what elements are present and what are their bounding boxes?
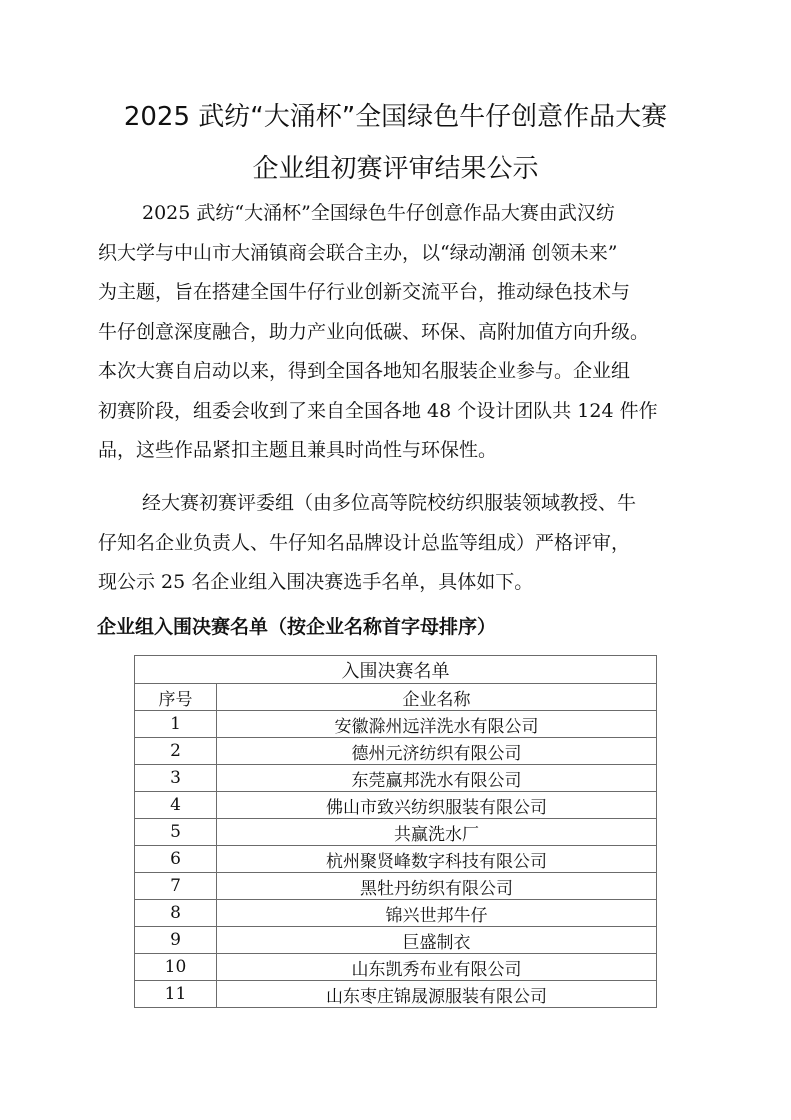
row-number: 10 bbox=[135, 954, 217, 981]
company-name: 山东枣庄锦晟源服装有限公司 bbox=[217, 981, 657, 1008]
paragraph-line: 本次大赛自启动以来，得到全国各地知名服装企业参与。企业组 bbox=[98, 352, 698, 392]
row-number: 7 bbox=[135, 873, 217, 900]
table-row: 8锦兴世邦牛仔 bbox=[135, 900, 657, 927]
finalist-table: 入围决赛名单 序号 企业名称 1安徽滁州远洋洗水有限公司 2德州元济纺织有限公司… bbox=[134, 655, 657, 1008]
paragraph-line: 品，这些作品紧扣主题且兼具时尚性与环保性。 bbox=[98, 431, 698, 471]
paragraph-line: 经大赛初赛评委组（由多位高等院校纺织服装领域教授、牛 bbox=[98, 484, 698, 524]
row-number: 8 bbox=[135, 900, 217, 927]
table-row: 11山东枣庄锦晟源服装有限公司 bbox=[135, 981, 657, 1008]
header-number: 序号 bbox=[135, 684, 217, 711]
company-name: 锦兴世邦牛仔 bbox=[217, 900, 657, 927]
table-row: 4佛山市致兴纺织服装有限公司 bbox=[135, 792, 657, 819]
intro-paragraph: 2025 武纺“大涌杯”全国绿色牛仔创意作品大赛由武汉纺 织大学与中山市大涌镇商… bbox=[98, 194, 698, 471]
review-paragraph: 经大赛初赛评委组（由多位高等院校纺织服装领域教授、牛 仔知名企业负责人、牛仔知名… bbox=[98, 484, 698, 603]
company-name: 共赢洗水厂 bbox=[217, 819, 657, 846]
paragraph-line: 牛仔创意深度融合，助力产业向低碳、环保、高附加值方向升级。 bbox=[98, 313, 698, 353]
row-number: 11 bbox=[135, 981, 217, 1008]
company-name: 东莞赢邦洗水有限公司 bbox=[217, 765, 657, 792]
paragraph-line: 初赛阶段，组委会收到了来自全国各地 48 个设计团队共 124 件作 bbox=[98, 392, 698, 432]
row-number: 4 bbox=[135, 792, 217, 819]
paragraph-line: 为主题，旨在搭建全国牛仔行业创新交流平台，推动绿色技术与 bbox=[98, 273, 698, 313]
paragraph-line: 现公示 25 名企业组入围决赛选手名单，具体如下。 bbox=[98, 563, 698, 603]
table-row: 2德州元济纺织有限公司 bbox=[135, 738, 657, 765]
table-caption-row: 入围决赛名单 bbox=[135, 656, 657, 684]
list-heading: 企业组入围决赛名单（按企业名称首字母排序） bbox=[97, 612, 496, 639]
document-title-line-1: 2025 武纺“大涌杯”全国绿色牛仔创意作品大赛 bbox=[0, 96, 791, 133]
header-company-name: 企业名称 bbox=[217, 684, 657, 711]
paragraph-line: 织大学与中山市大涌镇商会联合主办，以“绿动潮涌 创领未来” bbox=[98, 234, 698, 274]
company-name: 山东凯秀布业有限公司 bbox=[217, 954, 657, 981]
table-row: 1安徽滁州远洋洗水有限公司 bbox=[135, 711, 657, 738]
row-number: 3 bbox=[135, 765, 217, 792]
document-title-line-2: 企业组初赛评审结果公示 bbox=[0, 148, 791, 185]
row-number: 9 bbox=[135, 927, 217, 954]
table-header-row: 序号 企业名称 bbox=[135, 684, 657, 711]
table-row: 7黑牡丹纺织有限公司 bbox=[135, 873, 657, 900]
table-caption: 入围决赛名单 bbox=[135, 656, 657, 684]
company-name: 巨盛制衣 bbox=[217, 927, 657, 954]
company-name: 杭州聚贤峰数字科技有限公司 bbox=[217, 846, 657, 873]
company-name: 德州元济纺织有限公司 bbox=[217, 738, 657, 765]
paragraph-line: 2025 武纺“大涌杯”全国绿色牛仔创意作品大赛由武汉纺 bbox=[98, 194, 698, 234]
row-number: 6 bbox=[135, 846, 217, 873]
table-row: 5共赢洗水厂 bbox=[135, 819, 657, 846]
row-number: 2 bbox=[135, 738, 217, 765]
row-number: 1 bbox=[135, 711, 217, 738]
paragraph-line: 仔知名企业负责人、牛仔知名品牌设计总监等组成）严格评审， bbox=[98, 524, 698, 564]
company-name: 安徽滁州远洋洗水有限公司 bbox=[217, 711, 657, 738]
table-row: 10山东凯秀布业有限公司 bbox=[135, 954, 657, 981]
company-name: 黑牡丹纺织有限公司 bbox=[217, 873, 657, 900]
table-row: 9巨盛制衣 bbox=[135, 927, 657, 954]
row-number: 5 bbox=[135, 819, 217, 846]
table-row: 3东莞赢邦洗水有限公司 bbox=[135, 765, 657, 792]
company-name: 佛山市致兴纺织服装有限公司 bbox=[217, 792, 657, 819]
table-row: 6杭州聚贤峰数字科技有限公司 bbox=[135, 846, 657, 873]
